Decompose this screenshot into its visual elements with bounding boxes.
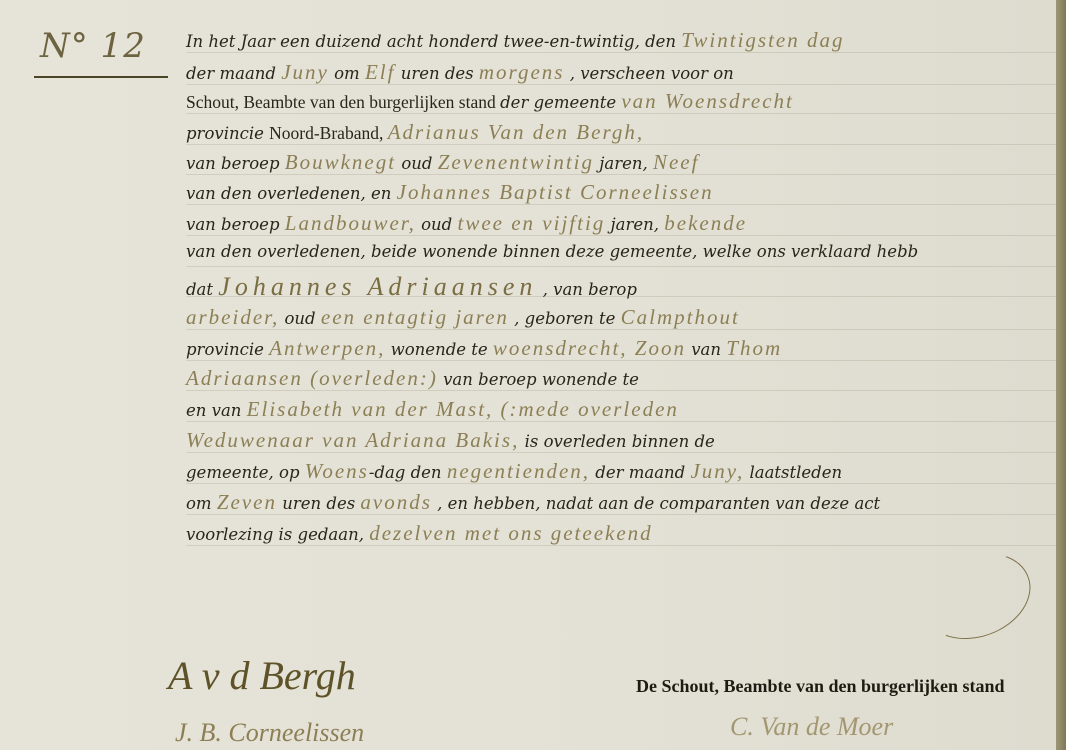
printed-text: -dag den [369, 463, 447, 482]
signature-witness-2: J. B. Corneelissen [175, 718, 364, 748]
printed-text: Noord-Braband, [269, 123, 388, 143]
printed-text: der gemeente [500, 93, 621, 112]
handwritten-entry: avonds [360, 490, 432, 514]
record-line: Schout, Beambte van den burgerlijken sta… [186, 89, 794, 119]
handwritten-entry: Thom [726, 336, 782, 360]
printed-text: en van [186, 401, 247, 420]
handwritten-entry: Calmpthout [621, 305, 740, 329]
ruled-line [186, 204, 1056, 205]
record-line: en van Elisabeth van der Mast, (:mede ov… [186, 397, 679, 427]
ruled-line [186, 452, 1056, 453]
printed-text: van beroep [186, 215, 285, 234]
ruled-line [186, 113, 1056, 114]
record-line: van beroep Landbouwer, oud twee en vijft… [186, 211, 747, 241]
handwritten-entry: morgens [479, 60, 565, 84]
handwritten-entry: een entagtig jaren [321, 305, 509, 329]
printed-text: oud [396, 154, 438, 173]
signature-witness-1: A v d Bergh [168, 652, 356, 699]
ruled-line [186, 235, 1056, 236]
printed-text: van beroep [186, 154, 285, 173]
handwritten-entry: twee en vijftig [458, 211, 606, 235]
record-number: N° 12 [40, 26, 168, 66]
official-signature-label: De Schout, Beambte van den burgerlijken … [636, 676, 1005, 697]
ruled-line [186, 266, 1056, 267]
printed-text: In het Jaar een duizend acht honderd twe… [186, 32, 681, 51]
handwritten-entry: Zevenentwintig [438, 150, 594, 174]
printed-text: oud [279, 309, 321, 328]
ruled-line [186, 514, 1056, 515]
page-binding-edge [1056, 0, 1066, 750]
printed-text: is overleden binnen de [519, 432, 714, 451]
printed-text: gemeente, op [186, 463, 305, 482]
printed-text: , en hebben, nadat aan de comparanten va… [432, 494, 880, 513]
printed-text: uren des [277, 494, 360, 513]
handwritten-entry: Woens [305, 459, 369, 483]
ruled-line [186, 390, 1056, 391]
signature-official: C. Van de Moer [730, 712, 893, 742]
ruled-line [186, 329, 1056, 330]
handwritten-entry: Neef [653, 150, 699, 174]
printed-text: provincie [186, 340, 269, 359]
record-number-underline [34, 76, 168, 78]
handwritten-entry: Zeven [217, 490, 277, 514]
printed-text: , geboren te [509, 309, 621, 328]
record-line: der maand Juny om Elf uren des morgens ,… [186, 60, 734, 90]
record-line: voorlezing is gedaan, dezelven met ons g… [186, 521, 653, 551]
handwritten-entry: Johannes Baptist Corneelissen [397, 180, 714, 204]
handwritten-entry: negentienden, [447, 459, 590, 483]
printed-text: van den overledenen, en [186, 184, 397, 203]
handwritten-entry: Elisabeth van der Mast, (:mede overleden [247, 397, 679, 421]
ruled-line [186, 296, 1056, 297]
printed-text: oud [416, 215, 458, 234]
handwritten-entry: dezelven met ons geteekend [369, 521, 652, 545]
handwritten-entry: Adrianus Van den Bergh, [388, 120, 644, 144]
printed-text: uren des [395, 64, 478, 83]
record-line: van beroep Bouwknegt oud Zevenentwintig … [186, 150, 699, 180]
record-line: provincie Noord-Braband, Adrianus Van de… [186, 120, 644, 150]
handwritten-entry: Elf [365, 60, 396, 84]
record-line: gemeente, op Woens-dag den negentienden,… [186, 459, 842, 489]
handwritten-entry: Bouwknegt [285, 150, 396, 174]
printed-text: jaren, [605, 215, 664, 234]
ruled-line [186, 52, 1056, 53]
handwritten-entry: van Woensdrecht [621, 89, 794, 113]
printed-text: van den overledenen, beide wonende binne… [186, 242, 918, 261]
ruled-line [186, 144, 1056, 145]
record-line: dat Johannes Adriaansen , van berop [186, 272, 637, 302]
handwritten-entry: arbeider, [186, 305, 279, 329]
printed-text: om [329, 64, 365, 83]
record-line: In het Jaar een duizend acht honderd twe… [186, 28, 845, 58]
record-line: om Zeven uren des avonds , en hebben, na… [186, 490, 880, 520]
record-line: Weduwenaar van Adriana Bakis, is overled… [186, 428, 715, 458]
printed-text: der maand [186, 64, 281, 83]
ruled-line [186, 174, 1056, 175]
printed-text: voorlezing is gedaan, [186, 525, 369, 544]
handwritten-entry: Zoon [628, 336, 686, 360]
handwritten-entry: Weduwenaar van Adriana Bakis, [186, 428, 519, 452]
ruled-line [186, 360, 1056, 361]
closing-flourish [909, 538, 1042, 653]
handwritten-entry: Antwerpen, [269, 336, 385, 360]
ruled-line [186, 84, 1056, 85]
document-page: N° 12 In het Jaar een duizend acht honde… [0, 0, 1056, 750]
printed-text: laatstleden [744, 463, 842, 482]
printed-text: provincie [186, 124, 269, 143]
record-line: van den overledenen, en Johannes Baptist… [186, 180, 714, 210]
printed-text: om [186, 494, 217, 513]
handwritten-entry: Juny [281, 60, 329, 84]
handwritten-entry: Landbouwer, [285, 211, 416, 235]
printed-text: Schout, Beambte van den burgerlijken sta… [186, 92, 500, 112]
printed-text: van beroep wonende te [438, 370, 639, 389]
record-line: van den overledenen, beide wonende binne… [186, 242, 918, 272]
handwritten-entry: bekende [664, 211, 747, 235]
printed-text: wonende te [385, 340, 493, 359]
handwritten-entry: Juny, [690, 459, 744, 483]
printed-text: , verscheen voor on [564, 64, 733, 83]
ruled-line [186, 483, 1056, 484]
handwritten-entry: Twintigsten dag [681, 28, 844, 52]
handwritten-entry: Adriaansen (overleden:) [186, 366, 438, 390]
record-line: Adriaansen (overleden:) van beroep wonen… [186, 366, 639, 396]
record-line: provincie Antwerpen, wonende te woensdre… [186, 336, 782, 366]
printed-text: van [686, 340, 726, 359]
ruled-line [186, 421, 1056, 422]
record-line: arbeider, oud een entagtig jaren , gebor… [186, 305, 740, 335]
printed-text: der maand [590, 463, 690, 482]
handwritten-entry: woensdrecht, [493, 336, 628, 360]
printed-text: jaren, [594, 154, 653, 173]
ruled-line [186, 545, 1056, 546]
